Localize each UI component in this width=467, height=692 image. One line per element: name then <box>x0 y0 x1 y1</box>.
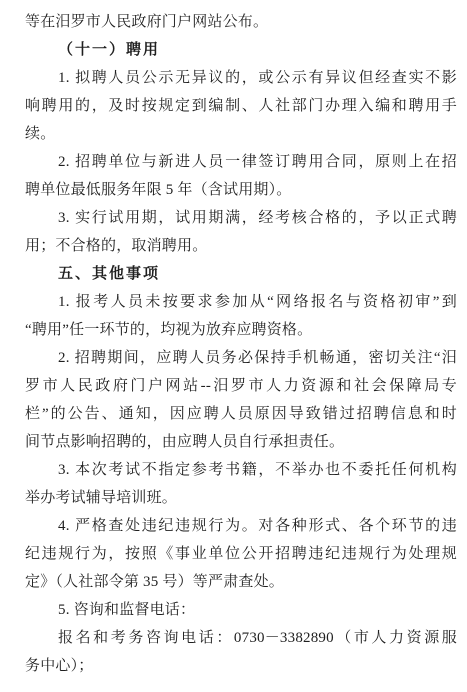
text-line: 报名和考务咨询电话：0730－3382890（市人力资源服 <box>25 624 457 652</box>
heading-section-5-other-matters: 五、其他事项 <box>25 260 457 288</box>
para-phone-number: 报名和考务咨询电话：0730－3382890（市人力资源服 务中心）； <box>25 624 457 680</box>
text-line: “聘用”任一环节的，均视为放弃应聘资格。 <box>25 316 457 344</box>
text-line: 纪违规行为，按照《事业单位公开招聘违纪违规行为处理规 <box>25 540 457 568</box>
text-line: 聘单位最低服务年限 5 年（含试用期）。 <box>25 176 457 204</box>
para-hiring-item-3: 3. 实行试用期，试用期满，经考核合格的，予以正式聘 用；不合格的，取消聘用。 <box>25 204 457 260</box>
para-hiring-item-2: 2. 招聘单位与新进人员一律签订聘用合同，原则上在招 聘单位最低服务年限 5 年… <box>25 148 457 204</box>
text-line: 1. 拟聘人员公示无异议的，或公示有异议但经查实不影 <box>25 64 457 92</box>
text-line: 3. 本次考试不指定参考书籍，不举办也不委托任何机构 <box>25 456 457 484</box>
text-line: 5. 咨询和监督电话： <box>25 596 457 624</box>
text-line: 罗市人民政府门户网站--汨罗市人力资源和社会保障局专 <box>25 372 457 400</box>
text-line: 2. 招聘单位与新进人员一律签订聘用合同，原则上在招 <box>25 148 457 176</box>
text-line: 1. 报考人员未按要求参加从“网络报名与资格初审”到 <box>25 288 457 316</box>
text-line: 用；不合格的，取消聘用。 <box>25 232 457 260</box>
text-line: 等在汨罗市人民政府门户网站公布。 <box>25 8 457 36</box>
para-other-item-2: 2. 招聘期间，应聘人员务必保持手机畅通，密切关注“汨 罗市人民政府门户网站--… <box>25 344 457 456</box>
para-publish-notice: 等在汨罗市人民政府门户网站公布。 <box>25 8 457 36</box>
text-line: 定》（人社部令第 35 号）等严肃查处。 <box>25 568 457 596</box>
text-line: 栏”的公告、通知，因应聘人员原因导致错过招聘信息和时 <box>25 400 457 428</box>
para-other-item-3: 3. 本次考试不指定参考书籍，不举办也不委托任何机构 举办考试辅导培训班。 <box>25 456 457 512</box>
text-line: 3. 实行试用期，试用期满，经考核合格的，予以正式聘 <box>25 204 457 232</box>
text-line: 间节点影响招聘的，由应聘人员自行承担责任。 <box>25 428 457 456</box>
para-other-item-1: 1. 报考人员未按要求参加从“网络报名与资格初审”到 “聘用”任一环节的，均视为… <box>25 288 457 344</box>
text-line: 举办考试辅导培训班。 <box>25 484 457 512</box>
text-line: 务中心）； <box>25 652 457 680</box>
para-other-item-4: 4. 严格查处违纪违规行为。对各种形式、各个环节的违 纪违规行为，按照《事业单位… <box>25 512 457 596</box>
para-other-item-5-phone-heading: 5. 咨询和监督电话： <box>25 596 457 624</box>
text-line: 4. 严格查处违纪违规行为。对各种形式、各个环节的违 <box>25 512 457 540</box>
text-line: 续。 <box>25 120 457 148</box>
document-page: 等在汨罗市人民政府门户网站公布。 （十一）聘用 1. 拟聘人员公示无异议的，或公… <box>0 0 467 692</box>
section-heading: 五、其他事项 <box>25 260 457 288</box>
text-line: 响聘用的，及时按规定到编制、人社部门办理入编和聘用手 <box>25 92 457 120</box>
text-line: 2. 招聘期间，应聘人员务必保持手机畅通，密切关注“汨 <box>25 344 457 372</box>
para-hiring-item-1: 1. 拟聘人员公示无异议的，或公示有异议但经查实不影 响聘用的，及时按规定到编制… <box>25 64 457 148</box>
heading-section-11-hiring: （十一）聘用 <box>25 36 457 64</box>
section-heading: （十一）聘用 <box>25 36 457 64</box>
